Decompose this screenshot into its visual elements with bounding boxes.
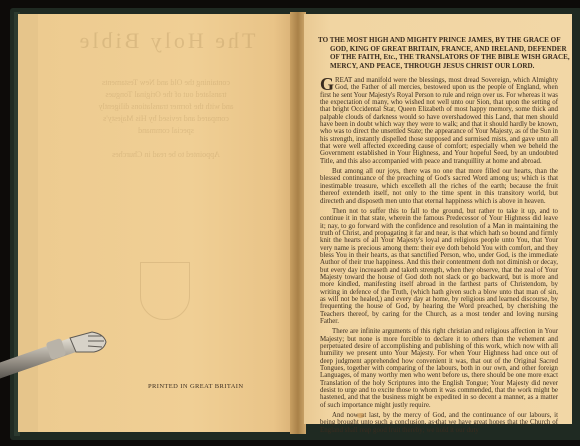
crest-show-through bbox=[140, 262, 190, 320]
paragraph: Then not to suffer this to fall to the g… bbox=[320, 208, 558, 326]
show-through-line: containing the Old and New Testaments bbox=[38, 78, 294, 87]
show-through-line: special command bbox=[38, 126, 294, 135]
paragraph: But among all our joys, there was no one… bbox=[320, 168, 558, 205]
drop-cap: G bbox=[320, 77, 334, 91]
paragraph: And now at last, by the mercy of God, an… bbox=[320, 412, 558, 434]
page-number: 3 bbox=[434, 420, 437, 427]
paragraph-text: REAT and manifold were the blessings, mo… bbox=[320, 77, 558, 165]
show-through-line: Appointed to be read in Churches bbox=[38, 150, 294, 159]
imprint-text: PRINTED IN GREAT BRITAIN bbox=[148, 383, 243, 390]
paper-stain bbox=[357, 413, 364, 418]
show-through-line: translated out of the Original Tongues bbox=[38, 90, 294, 99]
paragraph: There are infinite arguments of this rig… bbox=[320, 328, 558, 409]
show-through-line: compared and revised by His Majesty's bbox=[38, 114, 294, 123]
dedication-body: GREAT and manifold were the blessings, m… bbox=[320, 77, 558, 437]
dedication-heading: TO THE MOST HIGH AND MIGHTY PRINCE JAMES… bbox=[318, 36, 570, 70]
show-through-line: and with the former translations diligen… bbox=[38, 102, 294, 111]
show-through-title: The Holy Bible bbox=[38, 28, 294, 54]
torah-pointer-icon bbox=[0, 330, 110, 390]
paragraph: GREAT and manifold were the blessings, m… bbox=[320, 77, 558, 165]
